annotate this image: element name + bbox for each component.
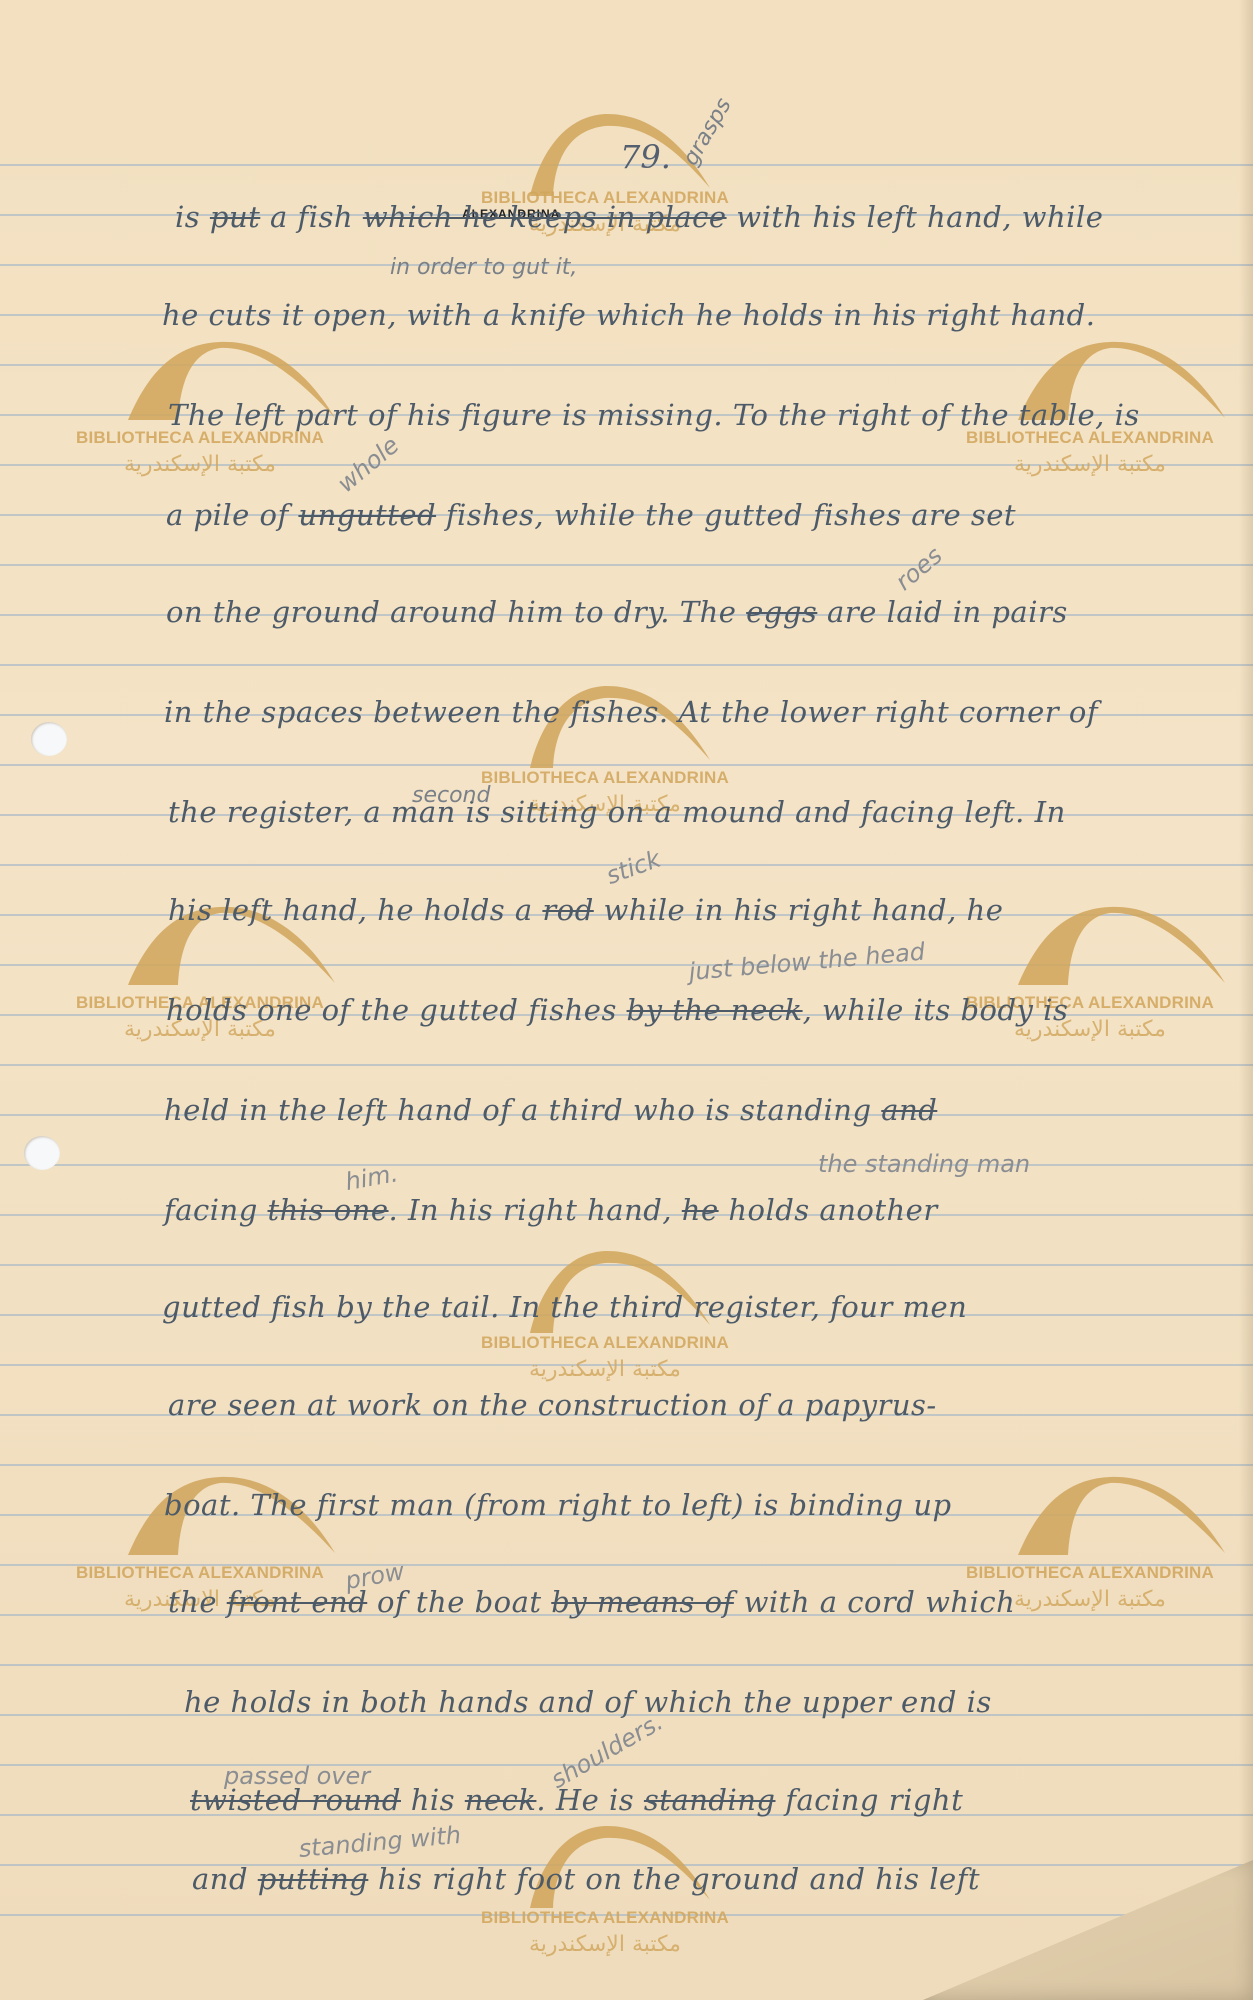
line-text: his: [401, 1783, 465, 1817]
manuscript-line: holds one of the gutted fishes by the ne…: [166, 993, 1068, 1027]
line-text: holds another: [719, 1193, 938, 1227]
line-text: The left part of his figure is missing. …: [168, 398, 1140, 432]
manuscript-line: he holds in both hands and of which the …: [184, 1685, 992, 1719]
struck-text: eggs: [746, 595, 817, 629]
struck-text: which he keeps in place: [363, 200, 727, 234]
insertion-note: the standing man: [818, 1150, 1030, 1178]
line-text: a fish: [260, 200, 363, 234]
manuscript-line: his left hand, he holds a rod while in h…: [168, 893, 1003, 927]
line-text: of the boat: [367, 1585, 551, 1619]
line-text: holds one of the gutted fishes: [166, 993, 627, 1027]
line-text: . In his right hand,: [389, 1193, 682, 1227]
line-text: with his left hand, while: [727, 200, 1104, 234]
line-text: facing: [164, 1193, 268, 1227]
manuscript-line: held in the left hand of a third who is …: [164, 1093, 937, 1127]
line-text: the: [168, 1585, 227, 1619]
punch-hole: [24, 1136, 60, 1170]
manuscript-line: the register, a man is sitting on a moun…: [168, 795, 1066, 829]
line-text: a pile of: [166, 498, 298, 532]
line-text: . He is: [536, 1783, 643, 1817]
line-text: while in his right hand, he: [594, 893, 1004, 927]
line-text: and: [192, 1862, 258, 1896]
struck-text: ungutted: [298, 498, 436, 532]
line-text: his left hand, he holds a: [168, 893, 542, 927]
page-number: 79.: [620, 138, 671, 176]
struck-text: putting: [258, 1862, 369, 1896]
struck-text: standing: [644, 1783, 776, 1817]
page-edge-shadow: [1239, 0, 1253, 2000]
manuscript-line: is put a fish which he keeps in place wi…: [175, 200, 1103, 234]
line-text: with a cord which: [734, 1585, 1015, 1619]
manuscript-line: gutted fish by the tail. In the third re…: [162, 1290, 967, 1324]
struck-text: rod: [542, 893, 593, 927]
line-text: are laid in pairs: [817, 595, 1067, 629]
line-text: held in the left hand of a third who is …: [164, 1093, 881, 1127]
manuscript-line: he cuts it open, with a knife which he h…: [162, 298, 1095, 332]
line-text: he cuts it open, with a knife which he h…: [162, 298, 1095, 332]
manuscript-line: boat. The first man (from right to left)…: [164, 1488, 952, 1522]
struck-text: and: [881, 1093, 937, 1127]
line-text: his right foot on the ground and his lef…: [368, 1862, 980, 1896]
line-text: is: [175, 200, 210, 234]
manuscript-page: BIBLIOTHECA ALEXANDRINA مكتبة الإسكندرية…: [0, 0, 1253, 2000]
line-text: boat. The first man (from right to left)…: [164, 1488, 952, 1522]
line-text: the register, a man is sitting on a moun…: [168, 795, 1066, 829]
manuscript-line: and putting his right foot on the ground…: [192, 1862, 980, 1896]
line-text: fishes, while the gutted fishes are set: [436, 498, 1016, 532]
manuscript-line: are seen at work on the construction of …: [168, 1388, 937, 1422]
line-text: facing right: [776, 1783, 964, 1817]
struck-text: put: [210, 200, 260, 234]
line-text: gutted fish by the tail. In the third re…: [162, 1290, 967, 1324]
struck-text: by the neck: [627, 993, 803, 1027]
insertion-note: passed over: [224, 1762, 370, 1790]
insertion-note: in order to gut it,: [390, 255, 577, 280]
manuscript-line: a pile of ungutted fishes, while the gut…: [166, 498, 1016, 532]
line-text: are seen at work on the construction of …: [168, 1388, 937, 1422]
struck-text: this one: [268, 1193, 389, 1227]
line-text: he holds in both hands and of which the …: [184, 1685, 992, 1719]
struck-text: he: [682, 1193, 719, 1227]
struck-text: by means of: [551, 1585, 734, 1619]
manuscript-line: the front end of the boat by means of wi…: [168, 1585, 1015, 1619]
struck-text: neck: [465, 1783, 537, 1817]
manuscript-line: facing this one. In his right hand, he h…: [164, 1193, 938, 1227]
line-text: on the ground around him to dry. The: [166, 595, 746, 629]
manuscript-line: in the spaces between the fishes. At the…: [164, 695, 1098, 729]
manuscript-line: on the ground around him to dry. The egg…: [166, 595, 1068, 629]
insertion-note: second: [412, 783, 490, 808]
manuscript-line: The left part of his figure is missing. …: [168, 398, 1140, 432]
line-text: in the spaces between the fishes. At the…: [164, 695, 1098, 729]
line-text: , while its body is: [803, 993, 1069, 1027]
punch-hole: [31, 722, 67, 756]
